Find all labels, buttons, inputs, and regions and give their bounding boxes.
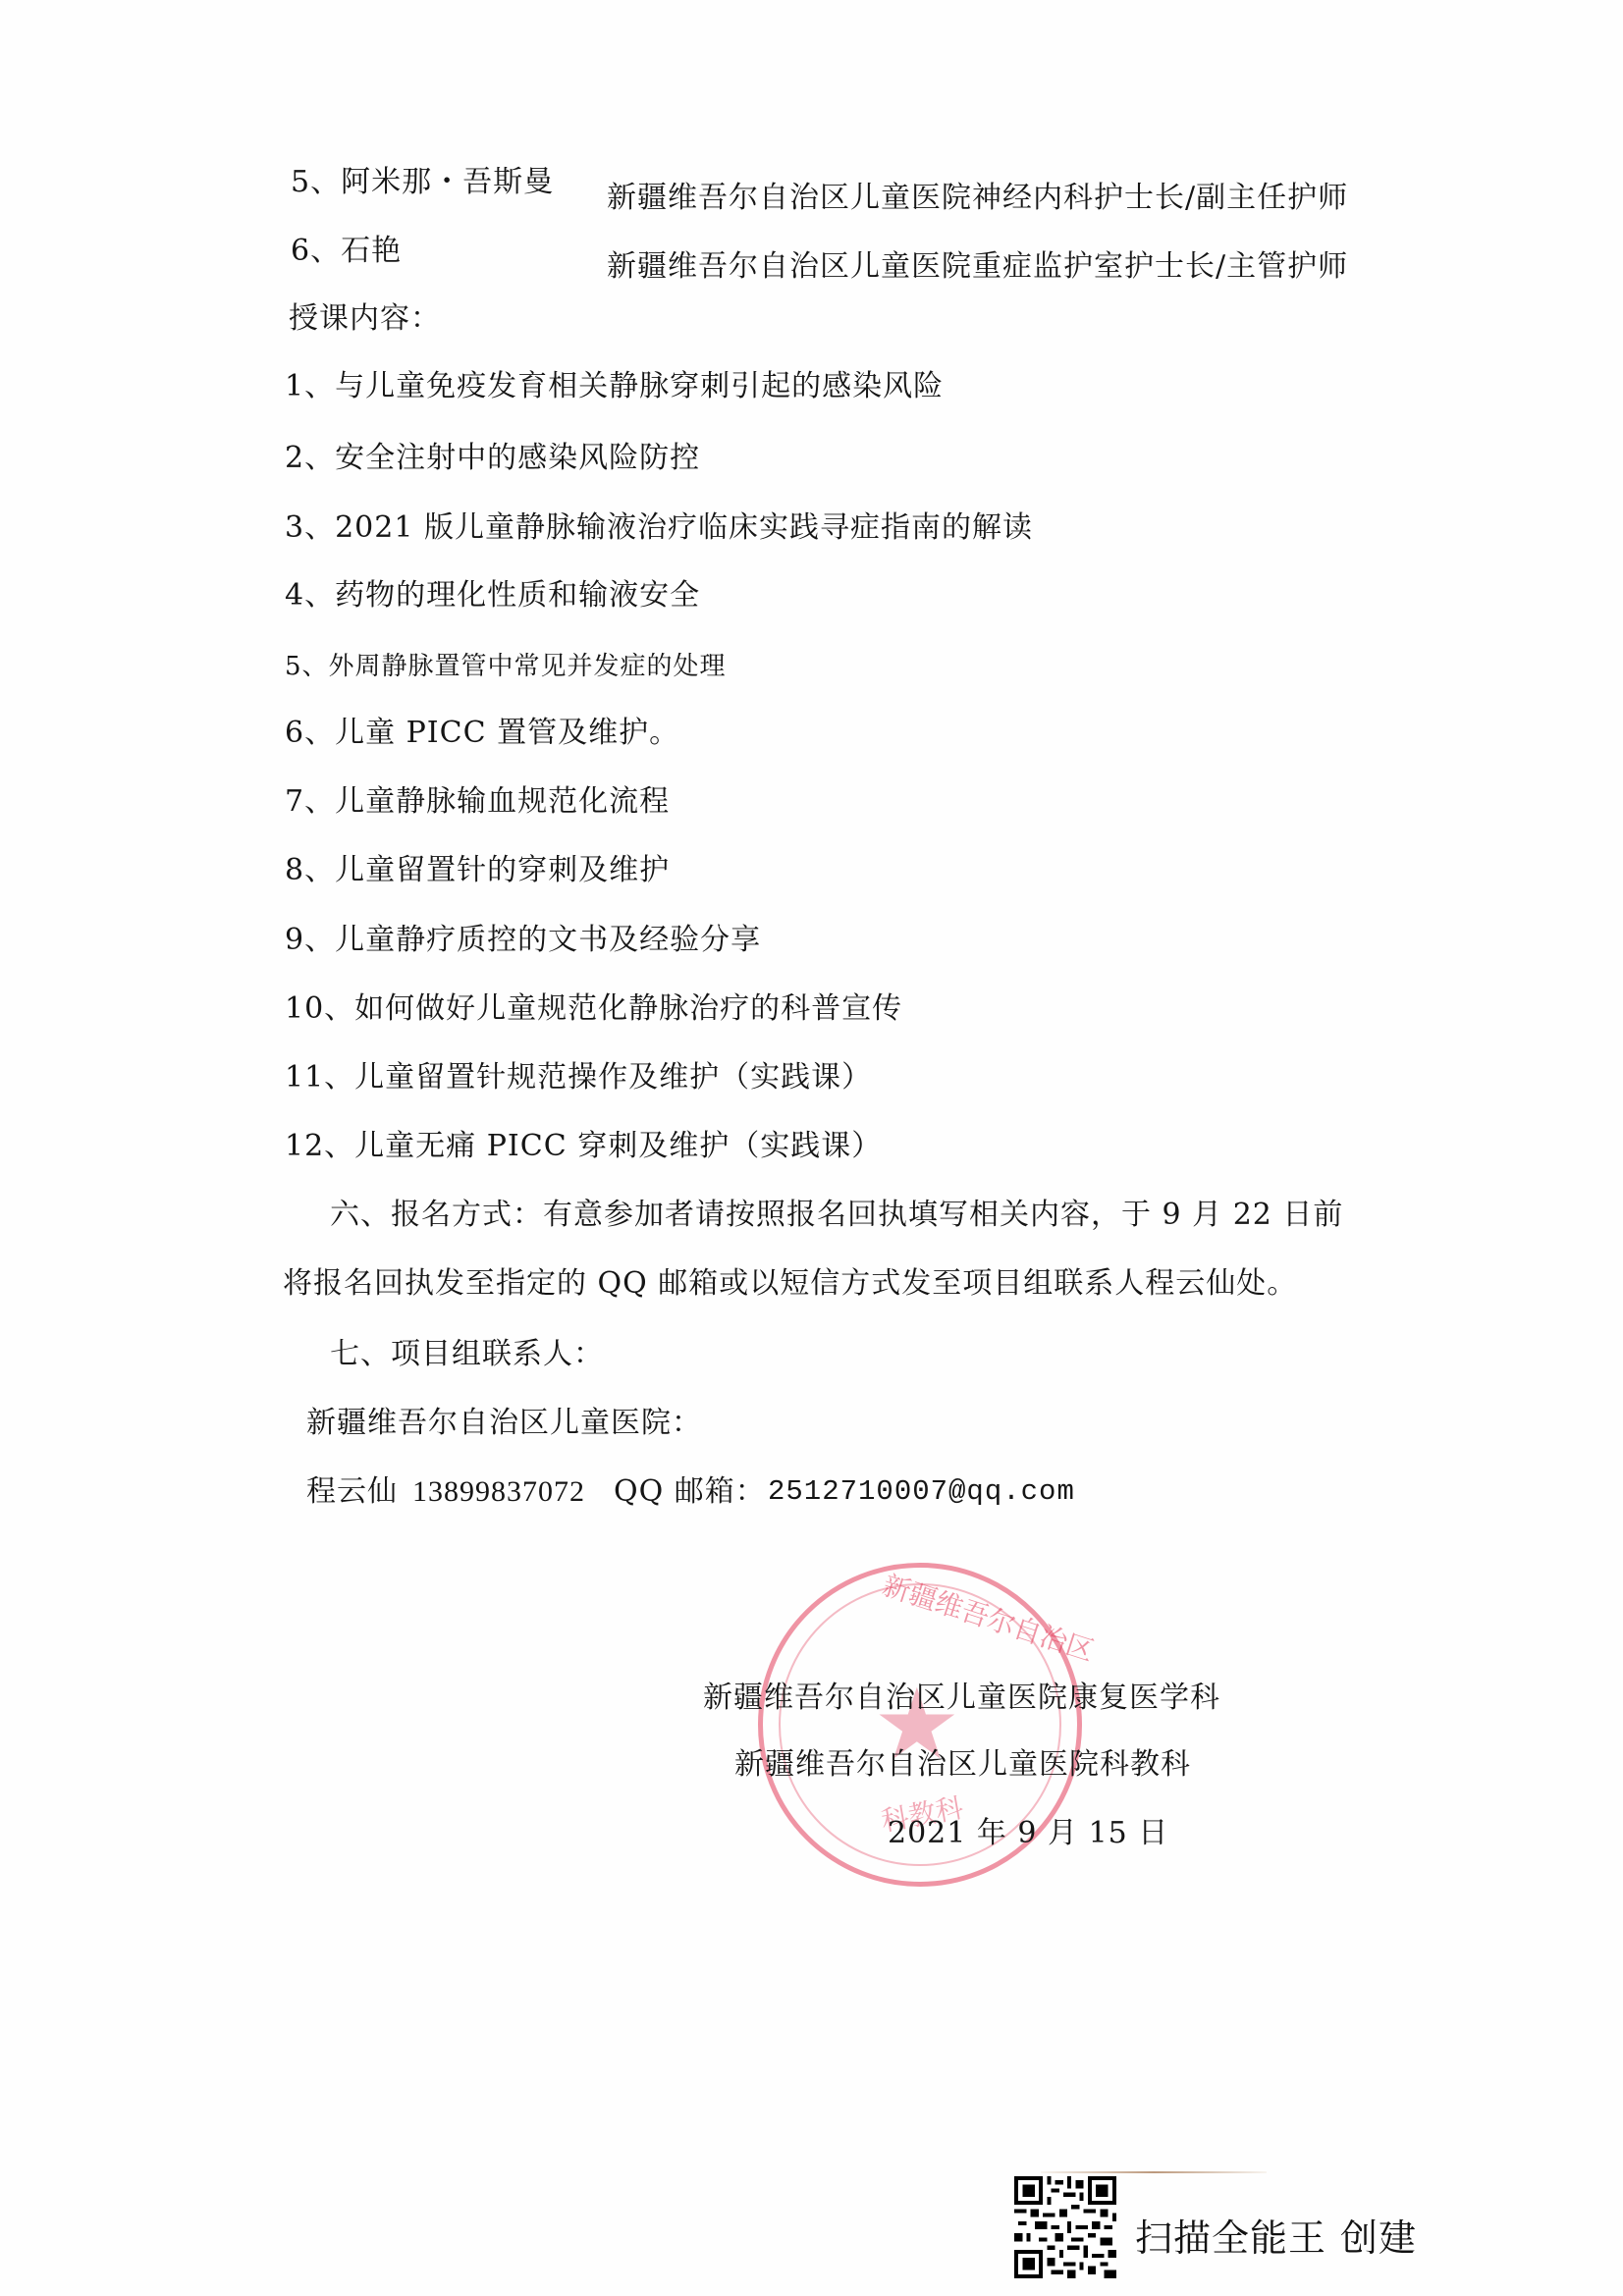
contact-organization: 新疆维吾尔自治区儿童医院：: [306, 1404, 702, 1443]
signature-date: 2021 年 9 月 15 日: [888, 1814, 1168, 1853]
contact-heading: 七、项目组联系人：: [330, 1335, 604, 1374]
course-item: 8、儿童留置针的穿刺及维护: [285, 851, 670, 890]
speaker-title: 新疆维吾尔自治区儿童医院神经内科护士长/副主任护师: [607, 179, 1348, 218]
course-item: 10、如何做好儿童规范化静脉治疗的科普宣传: [285, 989, 902, 1029]
signature-dept-2: 新疆维吾尔自治区儿童医院科教科: [734, 1745, 1191, 1785]
scanner-watermark: 扫描全能王创建: [1135, 2216, 1417, 2261]
course-item: 1、与儿童免疫发育相关静脉穿刺引起的感染风险: [285, 367, 944, 406]
contact-name: 程云仙: [306, 1472, 398, 1512]
course-item: 3、2021 版儿童静脉输液治疗临床实践寻症指南的解读: [285, 508, 1033, 548]
speaker-title: 新疆维吾尔自治区儿童医院重症监护室护士长/主管护师: [607, 247, 1348, 287]
scanner-action: 创建: [1340, 2216, 1417, 2260]
course-item: 6、儿童 PICC 置管及维护。: [285, 714, 679, 753]
footer-divider: [1041, 2171, 1267, 2173]
contact-email: 2512710007@qq.com: [768, 1472, 1075, 1512]
contact-phone: 13899837072: [412, 1472, 585, 1512]
course-heading: 授课内容：: [289, 299, 441, 339]
speaker-name: 5、阿米那・吾斯曼: [291, 163, 554, 202]
registration-line-2: 将报名回执发至指定的 QQ 邮箱或以短信方式发至项目组联系人程云仙处。: [283, 1264, 1297, 1304]
signature-dept-1: 新疆维吾尔自治区儿童医院康复医学科: [703, 1679, 1220, 1718]
course-item: 7、儿童静脉输血规范化流程: [285, 782, 670, 822]
course-item: 9、儿童静疗质控的文书及经验分享: [285, 921, 761, 960]
qr-code-icon: [1014, 2175, 1116, 2279]
course-item: 4、药物的理化性质和输液安全: [285, 576, 700, 615]
course-item: 12、儿童无痛 PICC 穿刺及维护（实践课）: [285, 1127, 882, 1166]
course-item: 5、外周静脉置管中常见并发症的处理: [285, 647, 727, 686]
course-item: 2、安全注射中的感染风险防控: [285, 439, 700, 478]
course-item: 11、儿童留置针规范操作及维护（实践课）: [285, 1058, 872, 1097]
scanner-app-name: 扫描全能王: [1135, 2216, 1326, 2260]
registration-line-1: 六、报名方式：有意参加者请按照报名回执填写相关内容，于 9 月 22 日前: [330, 1196, 1343, 1235]
contact-email-label: QQ 邮箱：: [614, 1472, 766, 1512]
speaker-name: 6、石艳: [291, 232, 402, 271]
document-page: 5、阿米那・吾斯曼 新疆维吾尔自治区儿童医院神经内科护士长/副主任护师 6、石艳…: [0, 0, 1623, 2296]
